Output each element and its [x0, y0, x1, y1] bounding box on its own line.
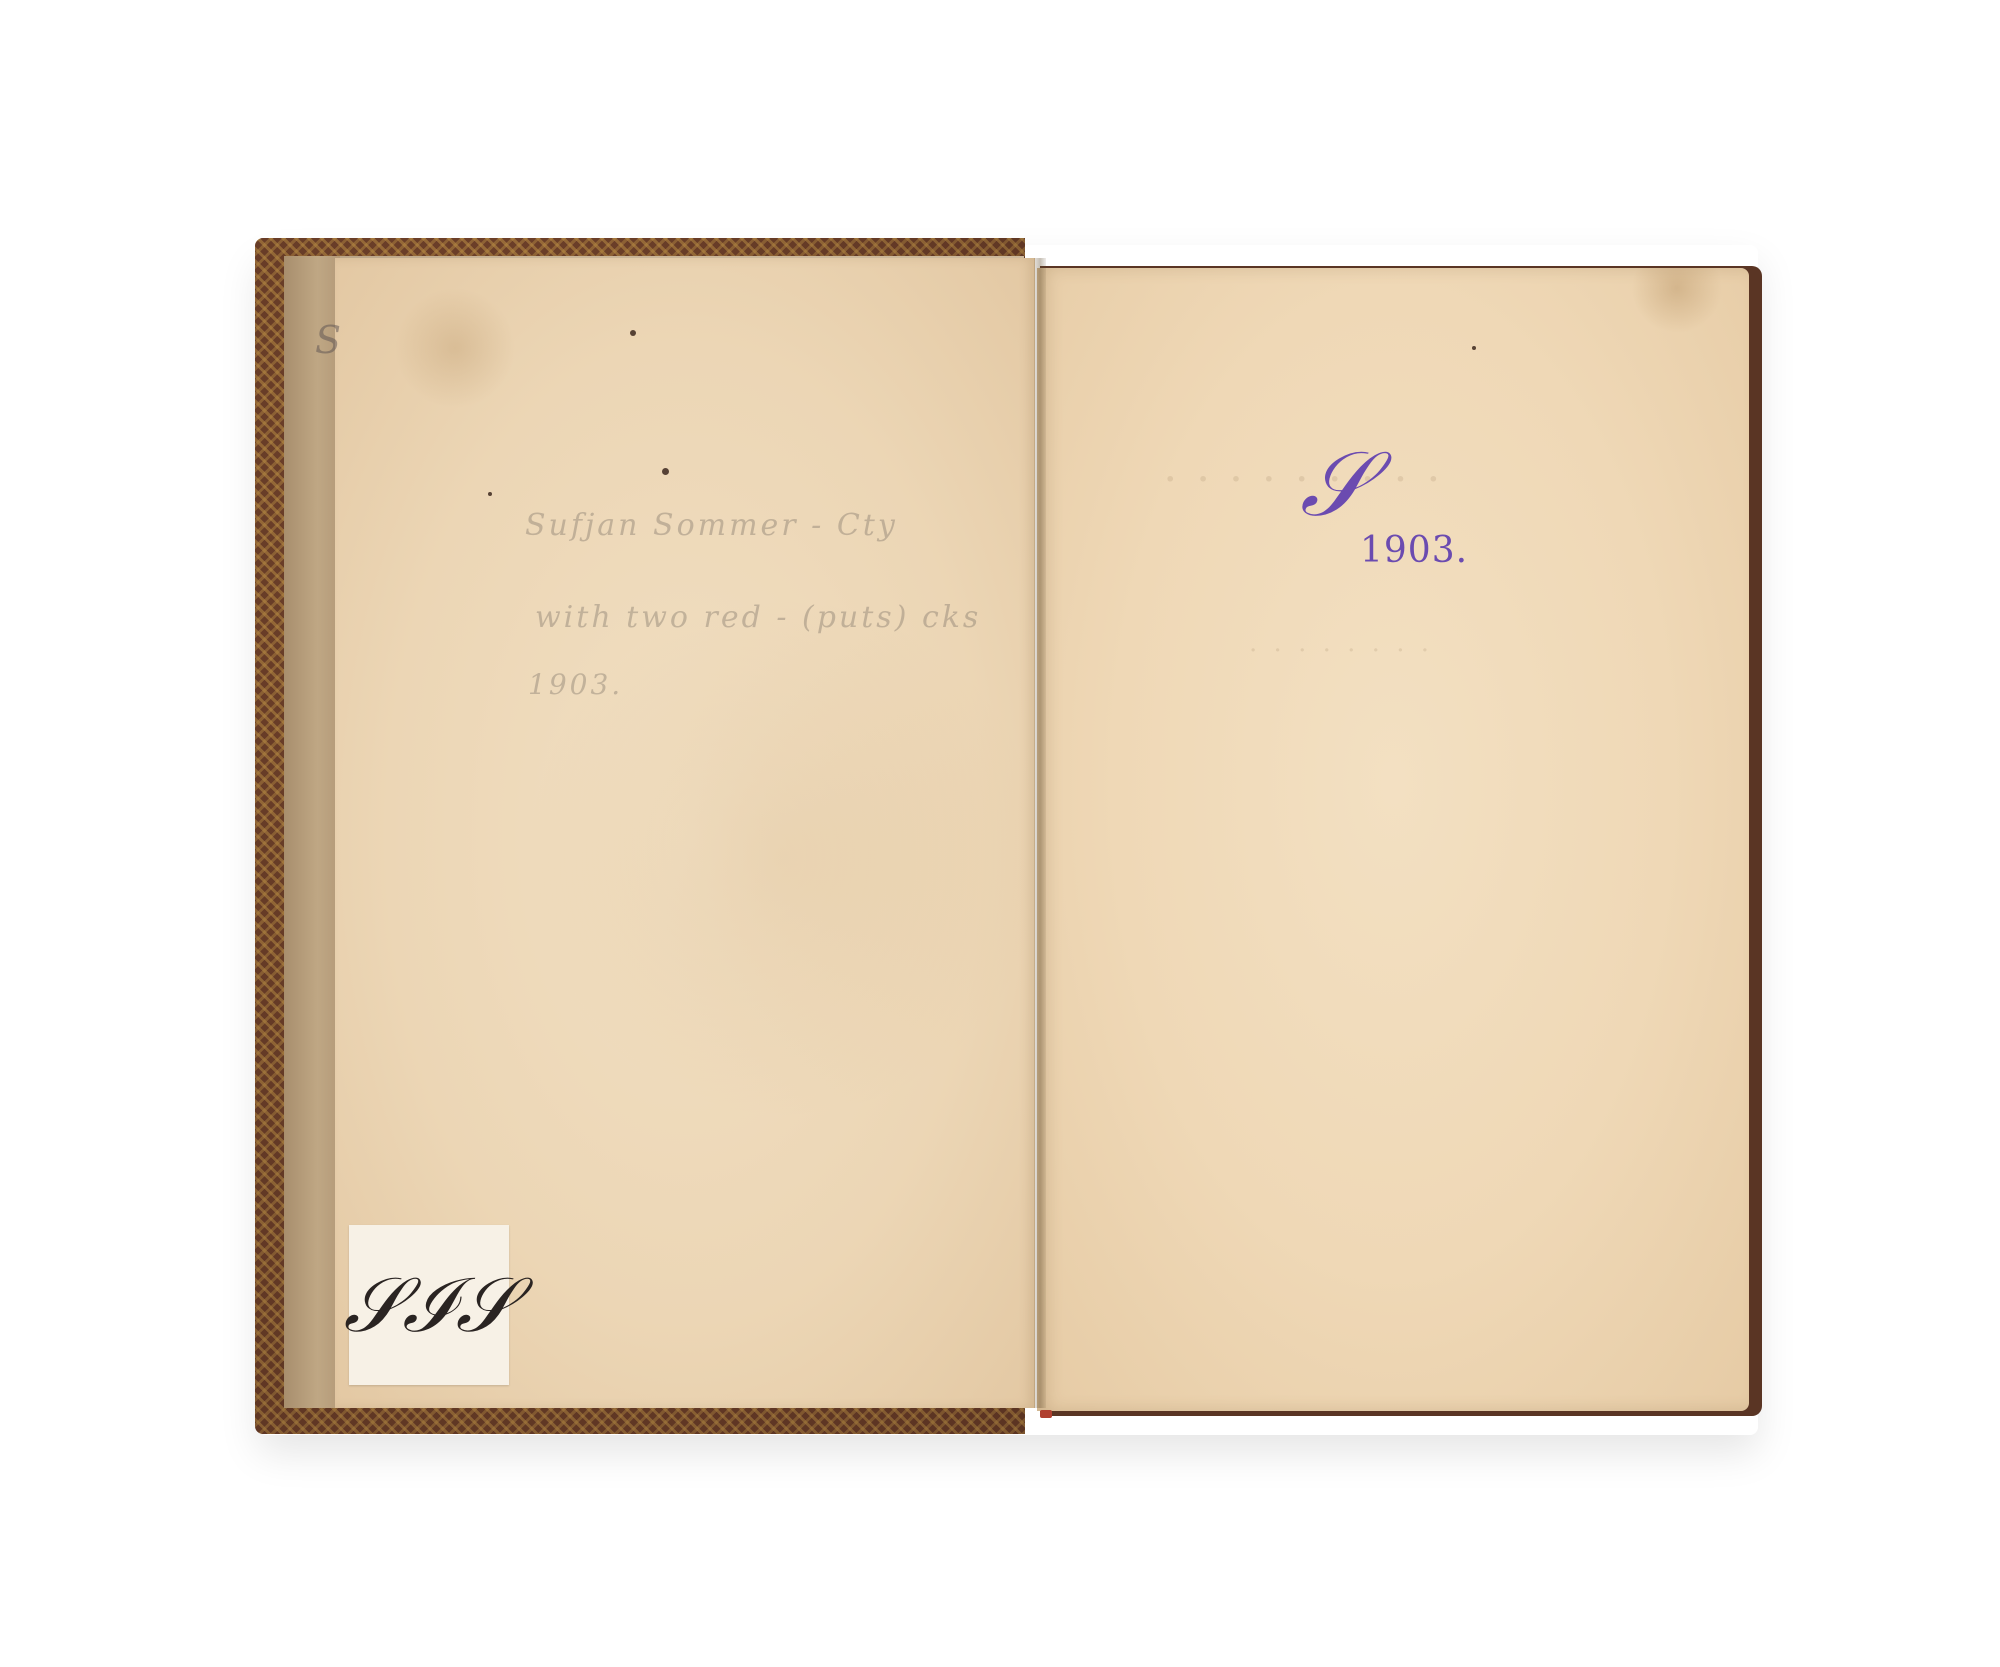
- bookplate-monogram: 𝒮ℐ𝒮: [344, 1267, 515, 1343]
- faint-subtitle-show-through: · · · · · · · ·: [1250, 640, 1434, 661]
- book-gutter: [1034, 258, 1046, 1408]
- pencil-inscription-line-2: with two red - (puts) cks: [535, 600, 981, 635]
- purple-ink-monogram: 𝒮: [1300, 440, 1370, 530]
- pencil-inscription-line-1: Sufjan Sommer - Cty: [525, 508, 898, 543]
- foxing-spot: [1472, 346, 1476, 350]
- pencil-mark-top-left: S: [315, 318, 341, 362]
- foxing-spot: [630, 330, 636, 336]
- foxing-spot: [662, 468, 669, 475]
- foxing-spot: [488, 492, 492, 496]
- bookplate-label: 𝒮ℐ𝒮: [349, 1225, 509, 1385]
- right-title-page: [1037, 268, 1749, 1411]
- purple-ink-year: 1903.: [1360, 530, 1468, 571]
- headband: [1040, 1410, 1052, 1418]
- book-photo: S Sufjan Sommer - Cty with two red - (pu…: [0, 0, 2000, 1667]
- flyleaf-hinge: [284, 256, 340, 1408]
- pencil-inscription-line-3: 1903.: [528, 668, 623, 701]
